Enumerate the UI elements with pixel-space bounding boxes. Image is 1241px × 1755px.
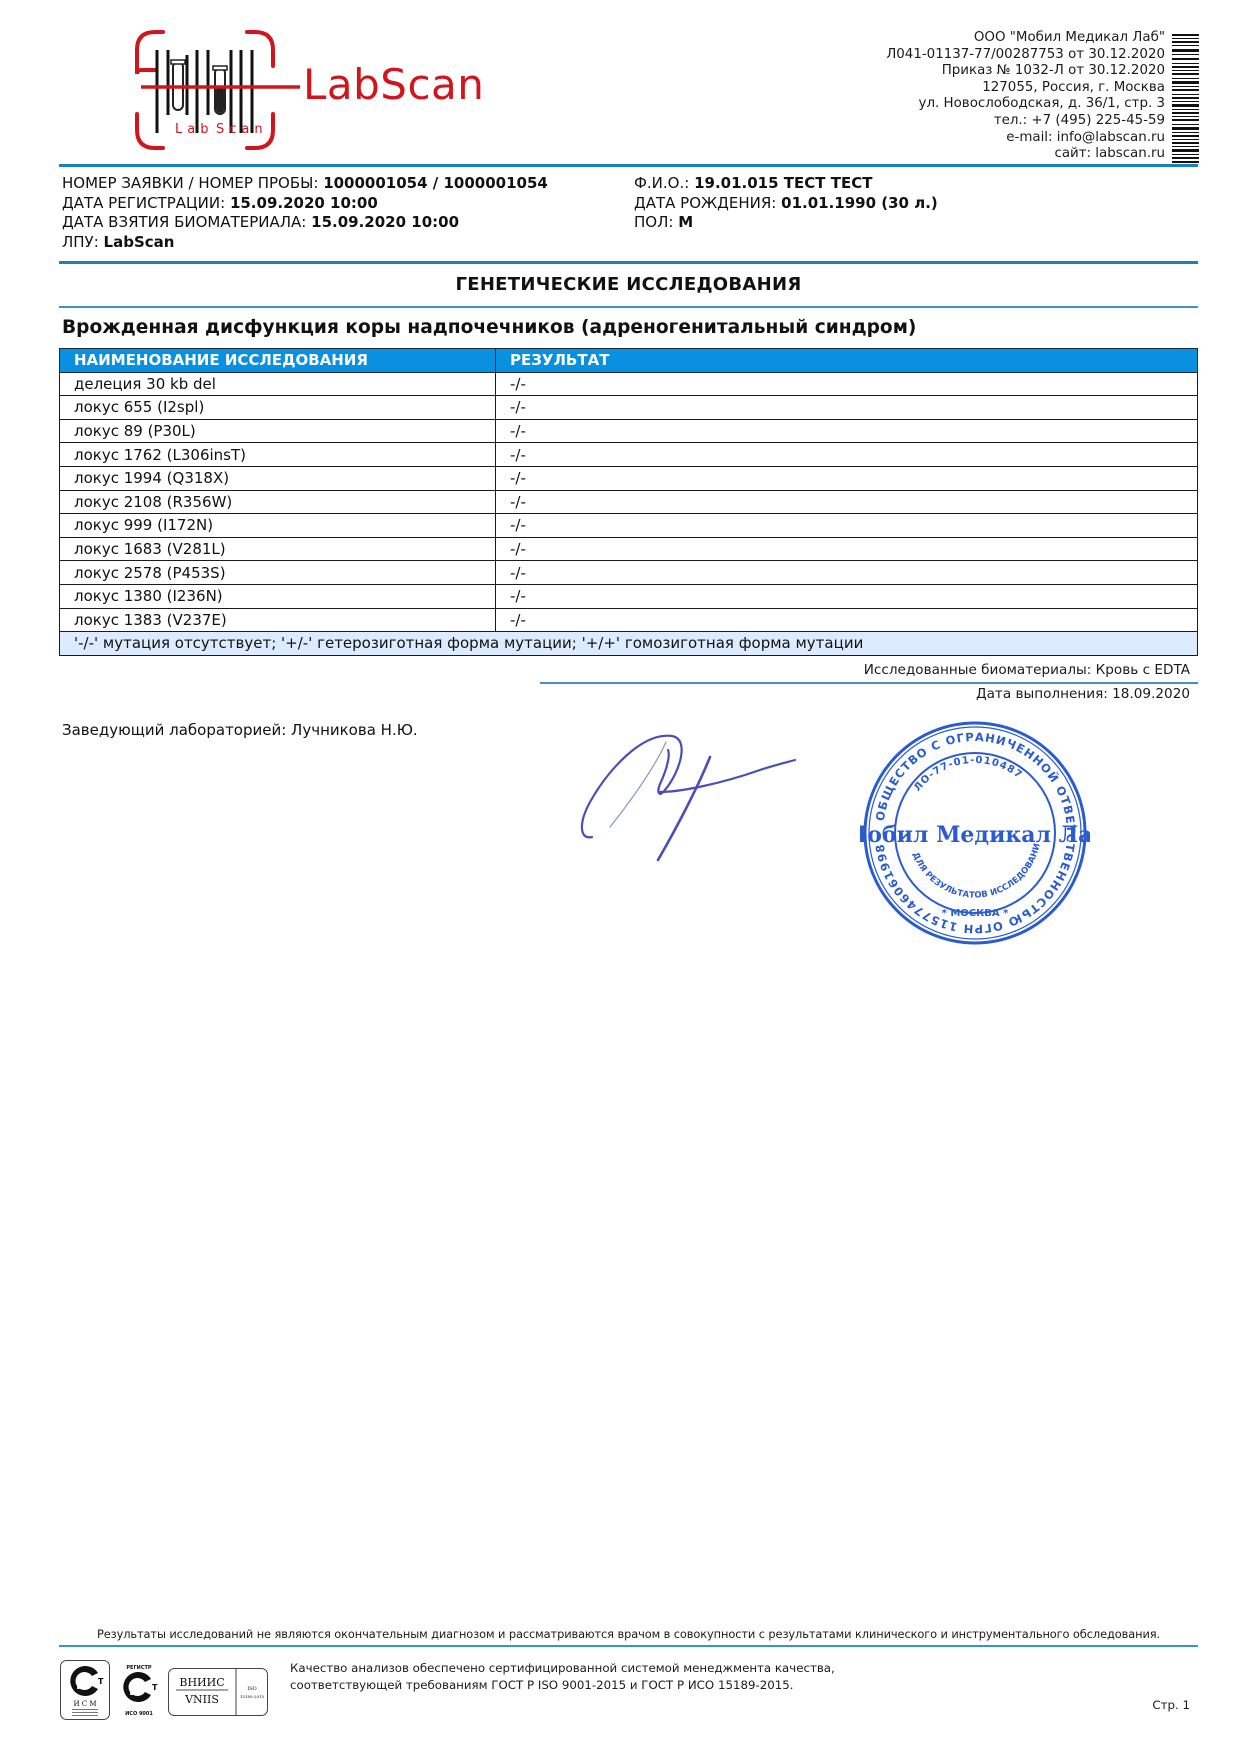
result-cell: -/- — [496, 608, 1198, 632]
result-cell: -/- — [496, 514, 1198, 538]
company-site: сайт: labscan.ru — [886, 146, 1165, 163]
svg-text:Scan: Scan — [216, 122, 268, 137]
birth-date-row: ДАТА РОЖДЕНИЯ: 01.01.1990 (30 л.) — [634, 194, 938, 214]
svg-text:* МОСКВА *: * МОСКВА * — [942, 908, 1010, 919]
svg-text:ИСО 9001: ИСО 9001 — [125, 1711, 153, 1717]
header-divider — [59, 164, 1198, 167]
result-cell: -/- — [496, 396, 1198, 420]
sex-value: М — [678, 213, 693, 231]
company-city: 127055, Россия, г. Москва — [886, 80, 1165, 97]
head-of-lab: Заведующий лабораторией: Лучникова Н.Ю. — [62, 721, 418, 739]
svg-text:ISO: ISO — [247, 1686, 257, 1692]
result-cell: -/- — [496, 561, 1198, 585]
svg-text:15189:2015: 15189:2015 — [240, 1694, 265, 1699]
table-row: локус 1762 (L306insT)-/- — [60, 443, 1198, 467]
gost-registry-icon: РЕГИСТР P T ИСО 9001 — [118, 1660, 160, 1720]
completion-date: Дата выполнения: 18.09.2020 — [976, 686, 1190, 702]
section-title: ГЕНЕТИЧЕСКИЕ ИССЛЕДОВАНИЯ — [59, 274, 1198, 295]
table-row: делеция 30 kb del-/- — [60, 372, 1198, 396]
result-cell: -/- — [496, 466, 1198, 490]
order-number-row: НОМЕР ЗАЯВКИ / НОМЕР ПРОБЫ: 1000001054 /… — [62, 174, 548, 194]
result-cell: -/- — [496, 584, 1198, 608]
result-cell: -/- — [496, 443, 1198, 467]
table-row: локус 2108 (R356W)-/- — [60, 490, 1198, 514]
table-row: локус 999 (I172N)-/- — [60, 514, 1198, 538]
results-body: делеция 30 kb del-/-локус 655 (I2spl)-/-… — [60, 372, 1198, 655]
result-cell: -/- — [496, 372, 1198, 396]
test-name-cell: локус 2108 (R356W) — [60, 490, 496, 514]
lpu-value: LabScan — [104, 233, 175, 251]
sample-date-row: ДАТА ВЗЯТИЯ БИОМАТЕРИАЛА: 15.09.2020 10:… — [62, 213, 548, 233]
legend-row: '-/-' мутация отсутствует; '+/-' гетероз… — [60, 632, 1198, 656]
table-row: локус 89 (P30L)-/- — [60, 419, 1198, 443]
svg-text:T: T — [152, 1683, 158, 1692]
table-row: локус 2578 (P453S)-/- — [60, 561, 1198, 585]
vniis-certificate-icon: ВНИИС VNIIS ISO 15189:2015 — [168, 1668, 268, 1716]
section-divider — [59, 306, 1198, 308]
patient-name-row: Ф.И.О.: 19.01.015 ТЕСТ ТЕСТ — [634, 174, 938, 194]
birth-date-value: 01.01.1990 (30 л.) — [781, 194, 938, 212]
result-legend: '-/-' мутация отсутствует; '+/-' гетероз… — [60, 632, 1198, 656]
order-number-value: 1000001054 / 1000001054 — [323, 174, 548, 192]
table-row: локус 1994 (Q318X)-/- — [60, 466, 1198, 490]
panel-title: Врожденная дисфункция коры надпочечников… — [62, 317, 916, 338]
company-info: ООО "Мобил Медикал Лаб" Л041-01137-77/00… — [886, 30, 1165, 163]
company-email: e-mail: info@labscan.ru — [886, 130, 1165, 147]
registration-date-row: ДАТА РЕГИСТРАЦИИ: 15.09.2020 10:00 — [62, 194, 548, 214]
company-street: ул. Новослободская, д. 36/1, стр. 3 — [886, 96, 1165, 113]
svg-text:«Мобил Медикал Лаб»: «Мобил Медикал Лаб» — [860, 822, 1090, 848]
result-cell: -/- — [496, 419, 1198, 443]
test-name-cell: локус 1380 (I236N) — [60, 584, 496, 608]
table-header-row: НАИМЕНОВАНИЕ ИССЛЕДОВАНИЯ РЕЗУЛЬТАТ — [60, 349, 1198, 373]
page-number: Стр. 1 — [1152, 1698, 1190, 1712]
svg-text:P: P — [76, 1678, 86, 1693]
svg-text:VNIIS: VNIIS — [184, 1693, 219, 1706]
meta-divider — [540, 682, 1198, 684]
order-info: НОМЕР ЗАЯВКИ / НОМЕР ПРОБЫ: 1000001054 /… — [62, 174, 548, 252]
test-name-cell: локус 89 (P30L) — [60, 419, 496, 443]
patient-info: Ф.И.О.: 19.01.015 ТЕСТ ТЕСТ ДАТА РОЖДЕНИ… — [634, 174, 938, 233]
brand-name: LabScan — [303, 60, 484, 109]
vertical-barcode-icon — [1172, 34, 1199, 164]
svg-text:P: P — [129, 1684, 139, 1699]
info-divider — [59, 261, 1198, 264]
table-row: локус 1380 (I236N)-/- — [60, 584, 1198, 608]
result-cell: -/- — [496, 490, 1198, 514]
patient-name-value: 19.01.015 ТЕСТ ТЕСТ — [694, 174, 872, 192]
disclaimer: Результаты исследований не являются окон… — [59, 1627, 1198, 1641]
company-license: Л041-01137-77/00287753 от 30.12.2020 — [886, 47, 1165, 64]
sex-row: ПОЛ: М — [634, 213, 938, 233]
table-row: локус 655 (I2spl)-/- — [60, 396, 1198, 420]
signature-icon — [560, 712, 800, 862]
footer-divider — [59, 1645, 1198, 1647]
test-name-cell: локус 1683 (V281L) — [60, 537, 496, 561]
company-stamp-icon: ОБЩЕСТВО С ОГРАНИЧЕННОЙ ОТВЕТСТВЕННОСТЬЮ… — [860, 718, 1090, 948]
company-order: Приказ № 1032-Л от 30.12.2020 — [886, 63, 1165, 80]
quality-statement: Качество анализов обеспечено сертифициро… — [290, 1660, 835, 1694]
test-name-cell: локус 655 (I2spl) — [60, 396, 496, 420]
column-header-test-name: НАИМЕНОВАНИЕ ИССЛЕДОВАНИЯ — [60, 349, 496, 373]
svg-text:T: T — [98, 1677, 104, 1686]
company-name: ООО "Мобил Медикал Лаб" — [886, 30, 1165, 47]
gost-certificate-icon: P T И С М — [60, 1660, 110, 1720]
labscan-logo: Lab Scan LabScan — [135, 30, 510, 150]
test-name-cell: локус 1762 (L306insT) — [60, 443, 496, 467]
result-cell: -/- — [496, 537, 1198, 561]
svg-text:ВНИИС: ВНИИС — [179, 1676, 224, 1689]
results-table: НАИМЕНОВАНИЕ ИССЛЕДОВАНИЯ РЕЗУЛЬТАТ деле… — [59, 348, 1198, 656]
test-name-cell: локус 1994 (Q318X) — [60, 466, 496, 490]
column-header-result: РЕЗУЛЬТАТ — [496, 349, 1198, 373]
table-row: локус 1383 (V237E)-/- — [60, 608, 1198, 632]
svg-text:И С М: И С М — [73, 1700, 96, 1708]
biomaterial-info: Исследованные биоматериалы: Кровь с EDTA — [864, 662, 1190, 678]
test-name-cell: локус 999 (I172N) — [60, 514, 496, 538]
company-phone: тел.: +7 (495) 225-45-59 — [886, 113, 1165, 130]
svg-text:Lab: Lab — [175, 122, 213, 137]
test-name-cell: локус 2578 (P453S) — [60, 561, 496, 585]
lpu-row: ЛПУ: LabScan — [62, 233, 548, 253]
test-name-cell: делеция 30 kb del — [60, 372, 496, 396]
svg-text:РЕГИСТР: РЕГИСТР — [126, 1665, 152, 1671]
registration-date-value: 15.09.2020 10:00 — [230, 194, 378, 212]
table-row: локус 1683 (V281L)-/- — [60, 537, 1198, 561]
sample-date-value: 15.09.2020 10:00 — [311, 213, 459, 231]
test-name-cell: локус 1383 (V237E) — [60, 608, 496, 632]
